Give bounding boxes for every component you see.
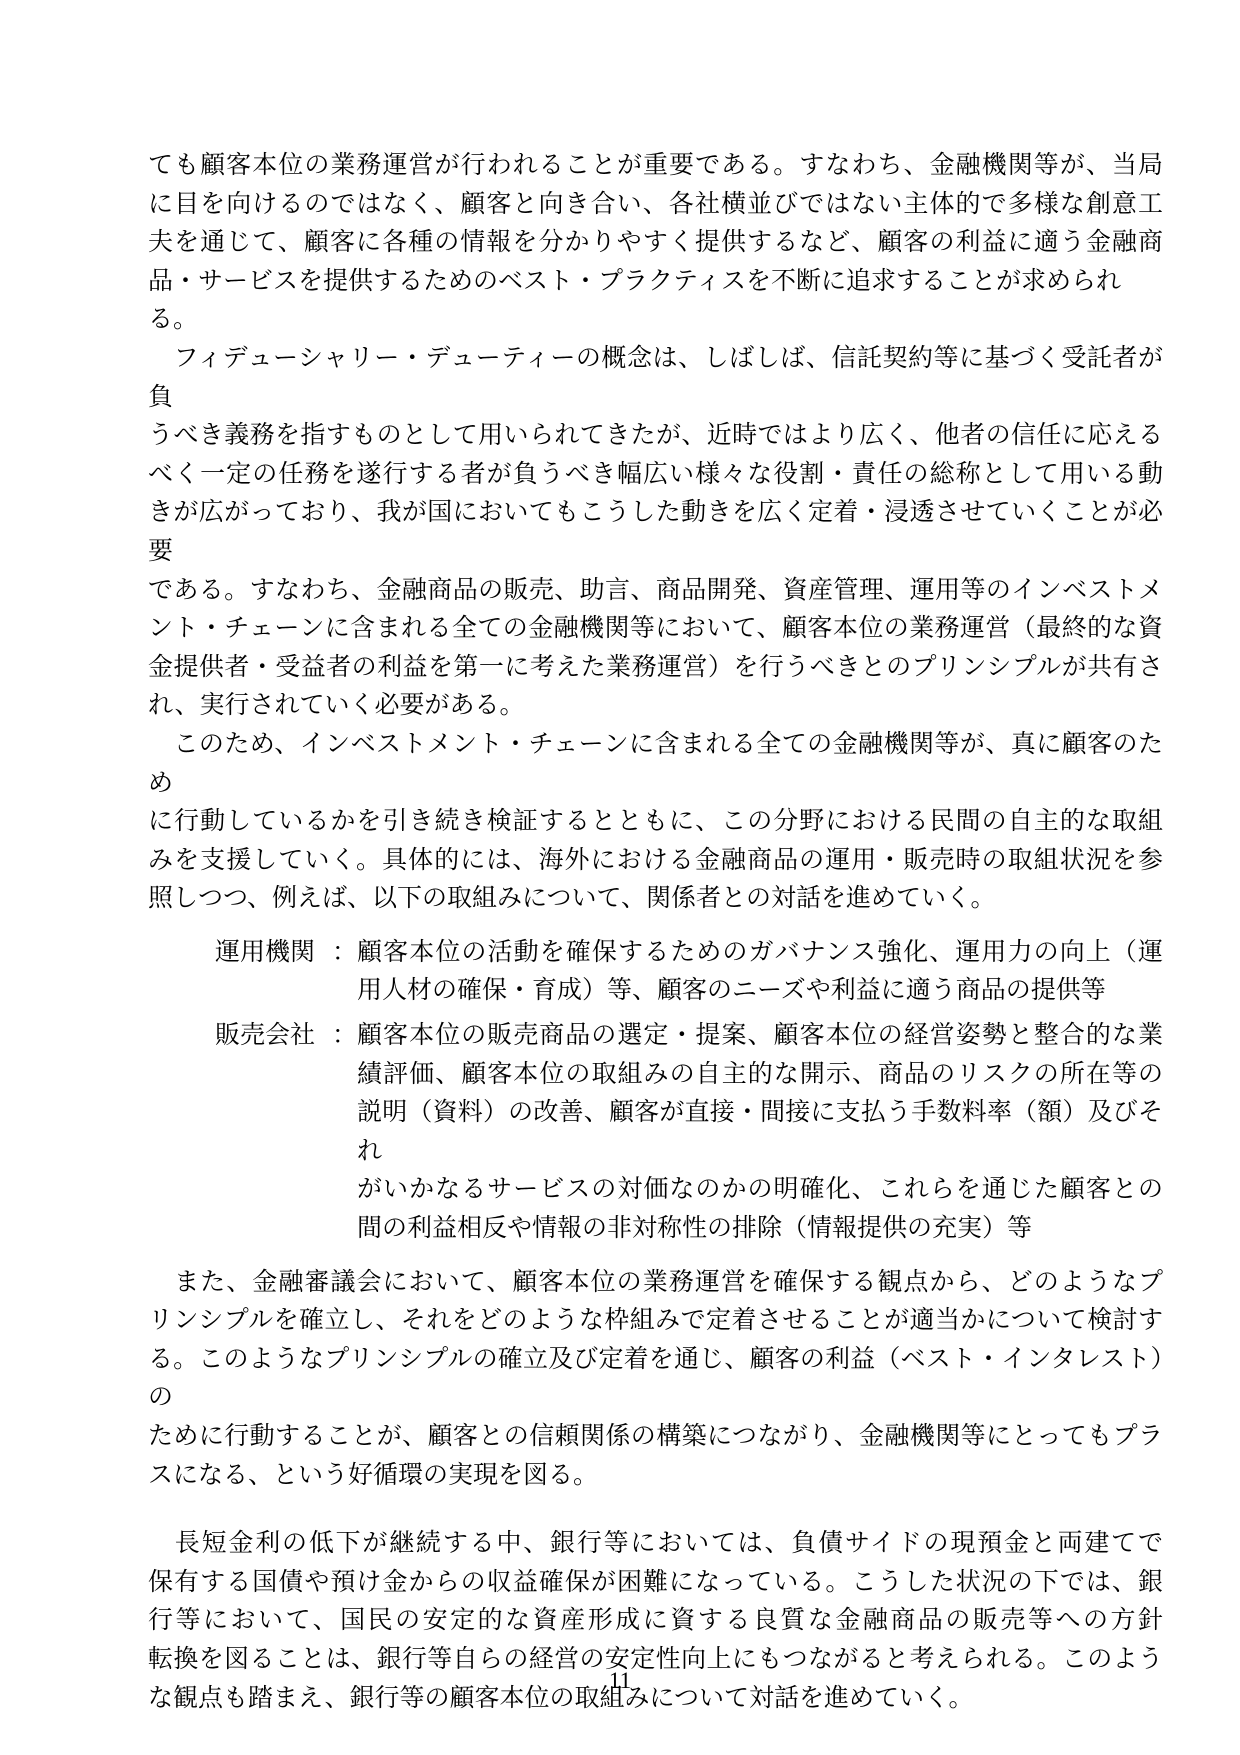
text-line: である。すなわち、金融商品の販売、助言、商品開発、資産管理、運用等のインベストメ [148,571,1163,610]
text-line: リンシプルを確立し、それをどのような枠組みで定着させることが適当かについて検討す [148,1301,1163,1340]
text-line: このため、インベストメント・チェーンに含まれる全ての金融機関等が、真に顧客のため [148,725,1163,802]
text-line: 金提供者・受益者の利益を第一に考えた業務運営）を行うべきとのプリンシプルが共有さ [148,648,1163,687]
definition-colon: ： [332,933,357,972]
text-line: ために行動することが、顧客との信頼関係の構築につながり、金融機関等にとってもプラ [148,1417,1163,1456]
text-line: 説明（資料）の改善、顧客が直接・間接に支払う手数料率（額）及びそれ [357,1093,1163,1170]
page-number: 11 [0,1668,1240,1694]
text-line: べく一定の任務を遂行する者が負うべき幅広い様々な役割・責任の総称として用いる動 [148,455,1163,494]
definition-item-unyo-kikan: 運用機関 ： 顧客本位の活動を確保するためのガバナンス強化、運用力の向上（運 用… [148,933,1163,1010]
paragraph-principles: また、金融審議会において、顧客本位の業務運営を確保する観点から、どのようなプ リ… [148,1263,1163,1495]
definition-term: 販売会社 [215,1016,332,1055]
text-line: きが広がっており、我が国においてもこうした動きを広く定着・浸透させていくことが必… [148,493,1163,570]
text-line: 顧客本位の販売商品の選定・提案、顧客本位の経営姿勢と整合的な業 [357,1016,1163,1055]
paragraph-fiduciary-duty: フィデューシャリー・デューティーの概念は、しばしば、信託契約等に基づく受託者が負… [148,339,1163,725]
text-line: がいかなるサービスの対価なのかの明確化、これらを通じた顧客との [357,1170,1163,1209]
text-line: ても顧客本位の業務運営が行われることが重要である。すなわち、金融機関等が、当局 [148,146,1163,185]
text-line: る。このようなプリンシプルの確立及び定着を通じ、顧客の利益（ベスト・インタレスト… [148,1340,1163,1417]
definition-body: 顧客本位の活動を確保するためのガバナンス強化、運用力の向上（運 用人材の確保・育… [357,933,1163,1010]
page-body-text: ても顧客本位の業務運営が行われることが重要である。すなわち、金融機関等が、当局 … [148,146,1163,1717]
text-line: また、金融審議会において、顧客本位の業務運営を確保する観点から、どのようなプ [148,1263,1163,1302]
definition-colon: ： [332,1016,357,1055]
document-page: ても顧客本位の業務運営が行われることが重要である。すなわち、金融機関等が、当局 … [0,0,1240,1755]
text-line: うべき義務を指すものとして用いられてきたが、近時ではより広く、他者の信任に応える [148,416,1163,455]
paragraph-investment-chain: このため、インベストメント・チェーンに含まれる全ての金融機関等が、真に顧客のため… [148,725,1163,918]
text-line: 用人材の確保・育成）等、顧客のニーズや利益に適う商品の提供等 [357,971,1163,1010]
definition-item-hanbai-gaisha: 販売会社 ： 顧客本位の販売商品の選定・提案、顧客本位の経営姿勢と整合的な業 績… [148,1016,1163,1248]
text-line: みを支援していく。具体的には、海外における金融商品の運用・販売時の取組状況を参 [148,841,1163,880]
text-line: 保有する国債や預け金からの収益確保が困難になっている。こうした状況の下では、銀 [148,1563,1163,1602]
text-line: 間の利益相反や情報の非対称性の排除（情報提供の充実）等 [357,1209,1163,1248]
definition-term: 運用機関 [215,933,332,972]
text-line: 照しつつ、例えば、以下の取組みについて、関係者との対話を進めていく。 [148,879,1163,918]
text-line: 品・サービスを提供するためのベスト・プラクティスを不断に追求することが求められる… [148,262,1163,339]
text-line: スになる、という好循環の実現を図る。 [148,1456,1163,1495]
text-line: れ、実行されていく必要がある。 [148,686,1163,725]
text-line: 長短金利の低下が継続する中、銀行等においては、負債サイドの現預金と両建てで [148,1524,1163,1563]
text-line: に目を向けるのではなく、顧客と向き合い、各社横並びではない主体的で多様な創意工 [148,185,1163,224]
text-line: 顧客本位の活動を確保するためのガバナンス強化、運用力の向上（運 [357,933,1163,972]
text-line: ント・チェーンに含まれる全ての金融機関等において、顧客本位の業務運営（最終的な資 [148,609,1163,648]
definition-list: 運用機関 ： 顧客本位の活動を確保するためのガバナンス強化、運用力の向上（運 用… [148,933,1163,1248]
paragraph-continuation: ても顧客本位の業務運営が行われることが重要である。すなわち、金融機関等が、当局 … [148,146,1163,339]
text-line: に行動しているかを引き続き検証するとともに、この分野における民間の自主的な取組 [148,802,1163,841]
text-line: 績評価、顧客本位の取組みの自主的な開示、商品のリスクの所在等の [357,1055,1163,1094]
definition-body: 顧客本位の販売商品の選定・提案、顧客本位の経営姿勢と整合的な業 績評価、顧客本位… [357,1016,1163,1248]
text-line: 行等において、国民の安定的な資産形成に資する良質な金融商品の販売等への方針 [148,1601,1163,1640]
text-line: 夫を通じて、顧客に各種の情報を分かりやすく提供するなど、顧客の利益に適う金融商 [148,223,1163,262]
text-line: フィデューシャリー・デューティーの概念は、しばしば、信託契約等に基づく受託者が負 [148,339,1163,416]
